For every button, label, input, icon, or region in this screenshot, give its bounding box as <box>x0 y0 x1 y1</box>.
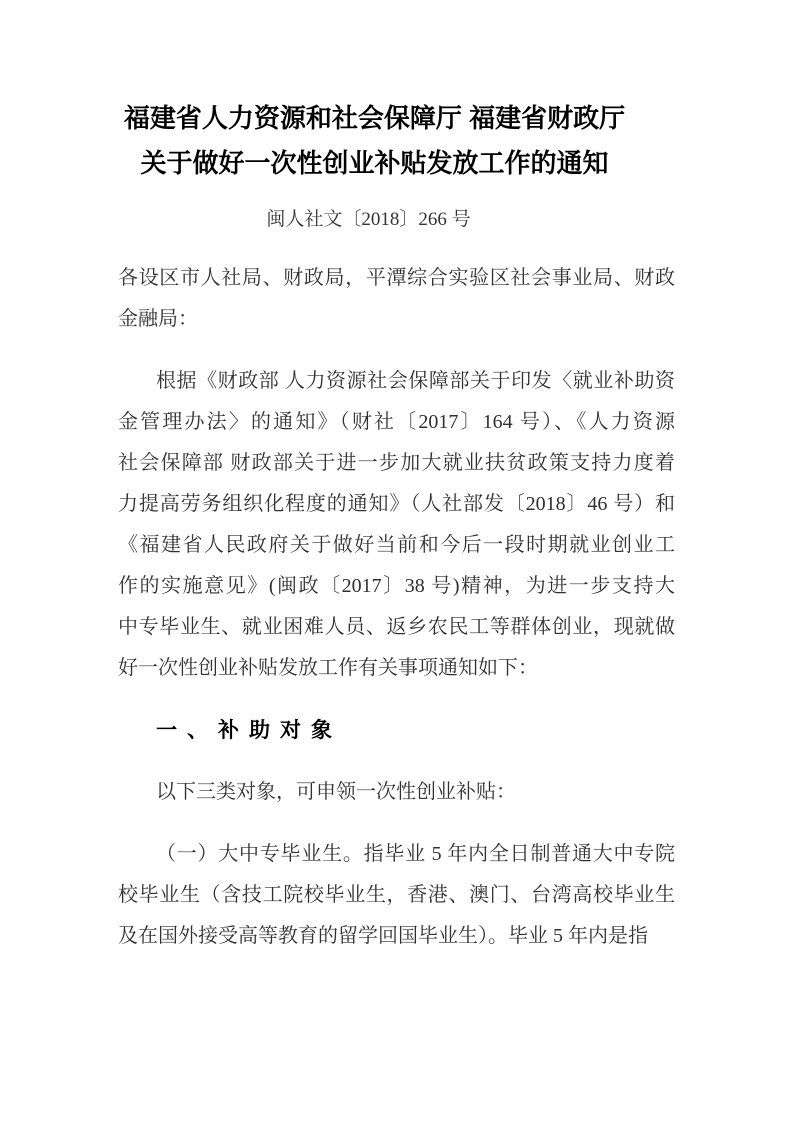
paragraph-line: 力提高劳务组织化程度的通知》（人社部发〔2018〕46 号）和 <box>118 484 675 525</box>
paragraph-line: 好一次性创业补贴发放工作有关事项通知如下： <box>118 648 675 689</box>
document-title-line-1: 福建省人力资源和社会保障厅 福建省财政厅 <box>118 96 631 141</box>
paragraph-line: （一）大中专毕业生。指毕业 5 年内全日制普通大中专院 <box>118 834 675 875</box>
paragraph-line: 金管理办法〉的通知》（财社〔2017〕164 号）、《人力资源 <box>118 402 675 443</box>
paragraph-line: 及在国外接受高等教育的留学回国毕业生）。毕业 5 年内是指 <box>118 916 675 957</box>
paragraph-line: 中专毕业生、就业困难人员、返乡农民工等群体创业，现就做 <box>118 607 675 648</box>
paragraph-line: 校毕业生（含技工院校毕业生，香港、澳门、台湾高校毕业生 <box>118 875 675 916</box>
paragraph: 以下三类对象，可申领一次性创业补贴： <box>118 772 675 813</box>
paragraph-line: 以下三类对象，可申领一次性创业补贴： <box>118 772 675 813</box>
paragraph: 根据《财政部 人力资源社会保障部关于印发〈就业补助资金管理办法〉的通知》（财社〔… <box>118 361 675 689</box>
document-page: 福建省人力资源和社会保障厅 福建省财政厅 关于做好一次性创业补贴发放工作的通知 … <box>0 0 793 1122</box>
paragraph-line: 社会保障部 财政部关于进一步加大就业扶贫政策支持力度着 <box>118 443 675 484</box>
paragraph-line: 作的实施意见》(闽政〔2017〕38 号)精神，为进一步支持大 <box>118 566 675 607</box>
paragraph-line: 根据《财政部 人力资源社会保障部关于印发〈就业补助资 <box>118 361 675 402</box>
document-title-line-2: 关于做好一次性创业补贴发放工作的通知 <box>118 141 631 186</box>
paragraph-line: 《福建省人民政府关于做好当前和今后一段时期就业创业工 <box>118 525 675 566</box>
document-title: 福建省人力资源和社会保障厅 福建省财政厅 关于做好一次性创业补贴发放工作的通知 <box>118 96 631 186</box>
paragraph: （一）大中专毕业生。指毕业 5 年内全日制普通大中专院校毕业生（含技工院校毕业生… <box>118 834 675 957</box>
section-heading: 一、补助对象 <box>118 710 675 751</box>
paragraph-line: 金融局： <box>118 299 675 340</box>
document-number: 闽人社文〔2018〕266 号 <box>118 199 619 240</box>
paragraph: 各设区市人社局、财政局，平潭综合实验区社会事业局、财政金融局： <box>118 258 675 340</box>
document-body: 各设区市人社局、财政局，平潭综合实验区社会事业局、财政金融局：根据《财政部 人力… <box>118 258 675 957</box>
section-heading-line: 一、补助对象 <box>118 710 675 751</box>
paragraph-line: 各设区市人社局、财政局，平潭综合实验区社会事业局、财政 <box>118 258 675 299</box>
